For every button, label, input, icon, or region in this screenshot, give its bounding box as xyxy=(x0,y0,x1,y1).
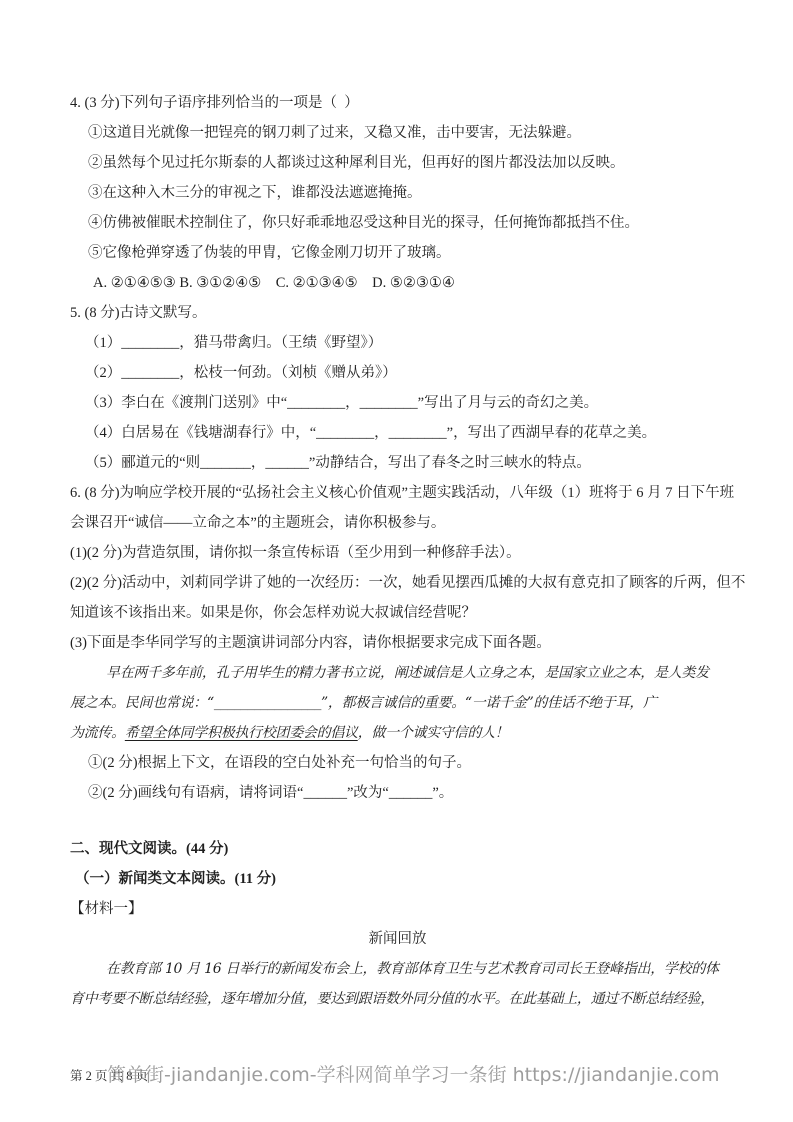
question-5-item-3: （3）李白在《渡荆门送别》中“________，________”写出了月与云的… xyxy=(70,388,725,418)
section-2-subheading: （一）新闻类文本阅读。(11 分) xyxy=(70,864,725,894)
question-4-stem: 4. (3 分)下列句子语序排列恰当的一项是（ ） xyxy=(70,88,725,118)
news-paragraph-line-2: 育中考要不断总结经验，逐年增加分值，要达到跟语数外同分值的水平。在此基础上，通过… xyxy=(70,984,725,1014)
speech-line-3-prefix: 为流传。 xyxy=(70,725,125,741)
speech-underlined-clause: 希望全体同学积极执行校团委会的倡议 xyxy=(125,725,358,741)
question-5-stem: 5. (8 分)古诗文默写。 xyxy=(70,298,725,328)
question-6-part-3: (3)下面是李华同学写的主题演讲词部分内容，请你根据要求完成下面各题。 xyxy=(70,628,725,658)
question-6-stem-line-2: 会课召开“诚信——立命之本”的主题班会，请你积极参与。 xyxy=(70,508,725,538)
question-6-part-2-line-1: (2)(2 分)活动中，刘莉同学讲了她的一次经历：一次，她看见摆西瓜摊的大叔有意… xyxy=(70,568,725,598)
question-5-item-2: （2）________，松枝一何劲。（刘桢《赠从弟》） xyxy=(70,358,725,388)
question-5-item-4: （4）白居易在《钱塘湖春行》中，“________，________”，写出了西… xyxy=(70,418,725,448)
material-1-label: 【材料一】 xyxy=(70,894,725,924)
speech-paragraph-line-2: 展之本。民间也常说：“________________”，都极言诚信的重要。“一… xyxy=(70,688,725,718)
question-6-sub-1: ①(2 分)根据上下文，在语段的空白处补充一句恰当的句子。 xyxy=(70,748,725,778)
question-6-sub-2: ②(2 分)画线句有语病，请将词语“______”改为“______”。 xyxy=(70,778,725,808)
question-4-options: A. ②①④⑤③ B. ③①②④⑤ C. ②①③④⑤ D. ⑤②③①④ xyxy=(70,268,725,298)
question-4-item-5: ⑤它像枪弹穿透了伪装的甲胄，它像金刚刀切开了玻璃。 xyxy=(70,238,725,268)
news-title: 新闻回放 xyxy=(70,924,725,954)
section-2-heading: 二、现代文阅读。(44 分) xyxy=(70,834,725,864)
question-6-part-1: (1)(2 分)为营造氛围，请你拟一条宣传标语（至少用到一种修辞手法）。 xyxy=(70,538,725,568)
news-paragraph-line-1: 在教育部 10 月 16 日举行的新闻发布会上，教育部体育卫生与艺术教育司司长王… xyxy=(70,954,725,984)
question-6-stem-line-1: 6. (8 分)为响应学校开展的“弘扬社会主义核心价值观”主题实践活动，八年级（… xyxy=(70,478,725,508)
page-content: 4. (3 分)下列句子语序排列恰当的一项是（ ） ①这道目光就像一把锃亮的钢刀… xyxy=(70,88,725,1014)
question-5-item-5: （5）郦道元的“则_______，______”动静结合，写出了春冬之时三峡水的… xyxy=(70,448,725,478)
speech-line-3-suffix: ，做一个诚实守信的人！ xyxy=(358,725,509,741)
site-watermark: 简单街-jiandanjie.com-学科网简单学习一条街 https://ji… xyxy=(107,1060,720,1087)
question-4-item-1: ①这道目光就像一把锃亮的钢刀刺了过来，又稳又准，击中要害，无法躲避。 xyxy=(70,118,725,148)
question-4-item-2: ②虽然每个见过托尔斯泰的人都谈过这种犀利目光，但再好的图片都没法加以反映。 xyxy=(70,148,725,178)
speech-paragraph-line-1: 早在两千多年前，孔子用毕生的精力著书立说，阐述诚信是人立身之本，是国家立业之本，… xyxy=(70,658,725,688)
question-5-item-1: （1）________，猎马带禽归。（王绩《野望》） xyxy=(70,328,725,358)
section-spacer xyxy=(70,808,725,834)
question-4-item-4: ④仿佛被催眠术控制住了，你只好乖乖地忍受这种目光的探寻，任何掩饰都抵挡不住。 xyxy=(70,208,725,238)
question-4-item-3: ③在这种入木三分的审视之下，谁都没法遮遮掩掩。 xyxy=(70,178,725,208)
exam-page: 4. (3 分)下列句子语序排列恰当的一项是（ ） ①这道目光就像一把锃亮的钢刀… xyxy=(0,0,793,1122)
speech-paragraph-line-3: 为流传。希望全体同学积极执行校团委会的倡议，做一个诚实守信的人！ xyxy=(70,718,725,748)
question-6-part-2-line-2: 知道该不该指出来。如果是你，你会怎样劝说大叔诚信经营呢？ xyxy=(70,598,725,628)
